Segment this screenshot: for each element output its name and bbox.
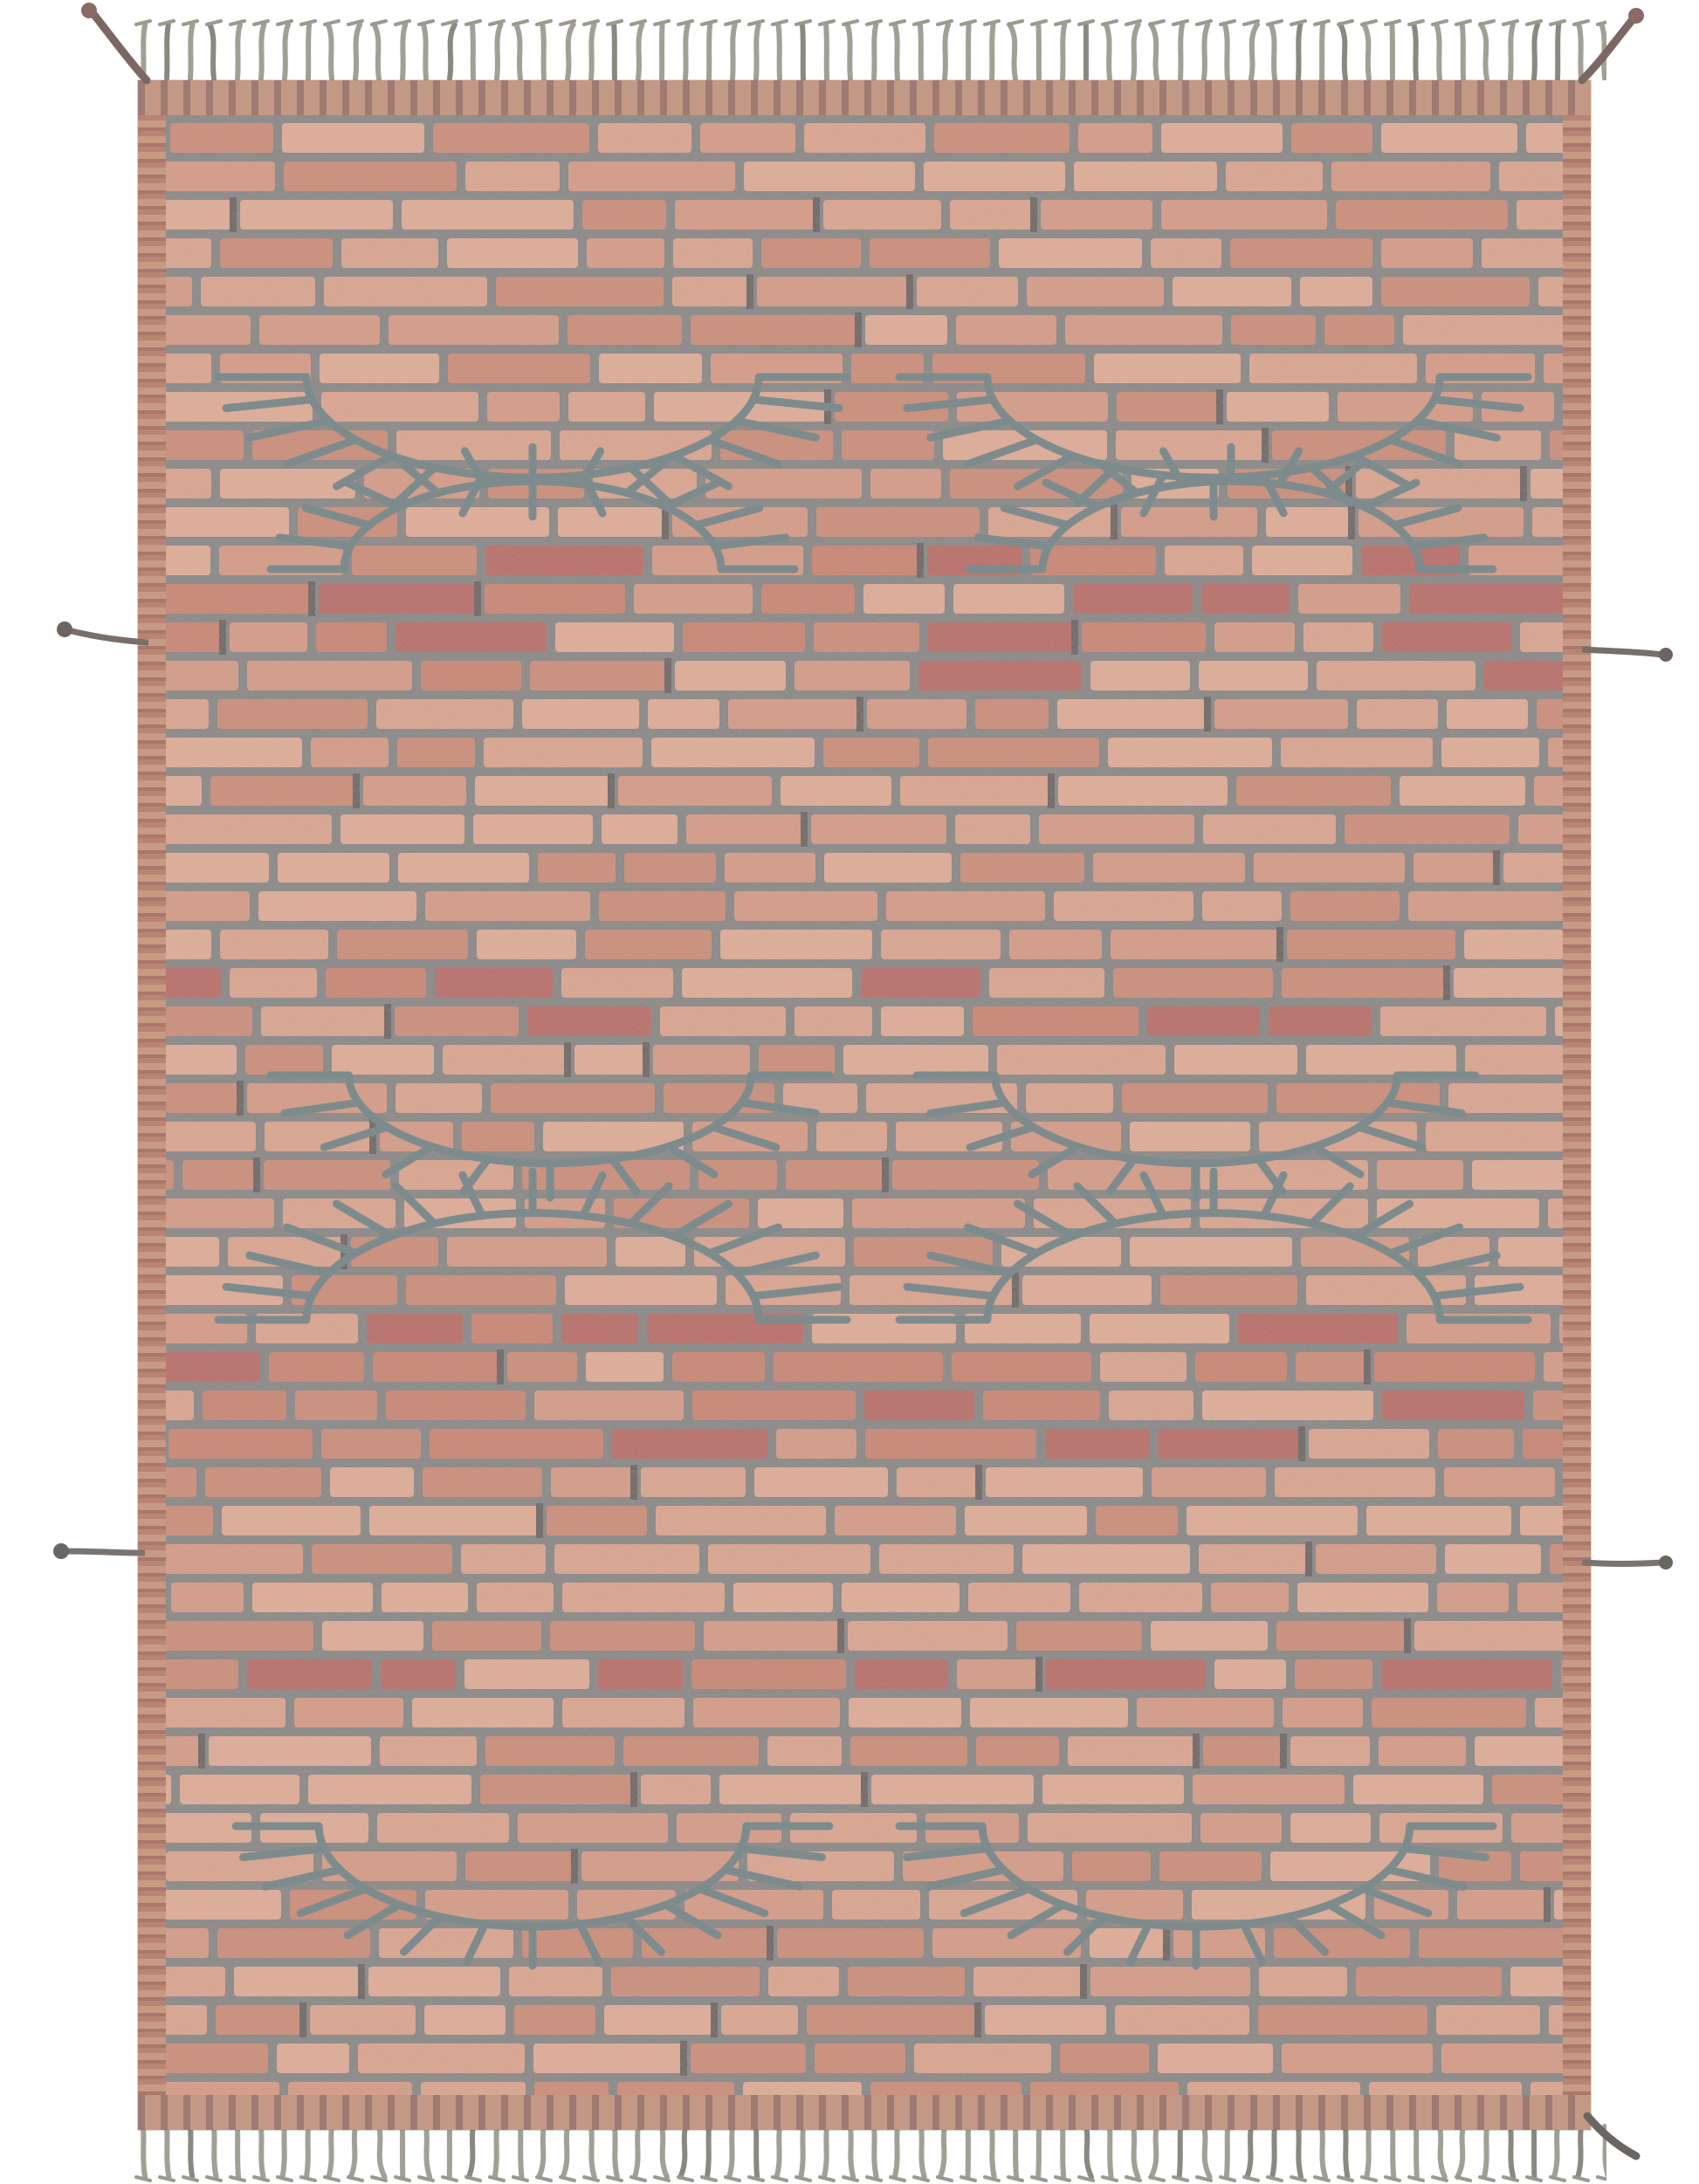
left-tassel-upper <box>52 611 148 663</box>
left-selvedge <box>138 115 166 2095</box>
top-kilim-band <box>138 80 1591 115</box>
corner-braid-bottom-right <box>1582 2112 1652 2174</box>
top-fringe <box>131 19 1606 80</box>
rug-photo <box>0 0 1699 2184</box>
right-tassel-upper <box>1582 630 1678 674</box>
bottom-fringe <box>131 2123 1606 2184</box>
corner-braid-top-right <box>1572 0 1659 87</box>
left-tassel-lower <box>49 1532 145 1584</box>
corner-braid-top-left <box>72 0 159 87</box>
rug <box>138 80 1591 2130</box>
right-tassel-lower <box>1582 1545 1678 1589</box>
pile-field <box>166 115 1563 2095</box>
bottom-kilim-band <box>138 2095 1591 2130</box>
right-selvedge <box>1563 115 1591 2095</box>
brick-pattern <box>166 115 1563 2095</box>
